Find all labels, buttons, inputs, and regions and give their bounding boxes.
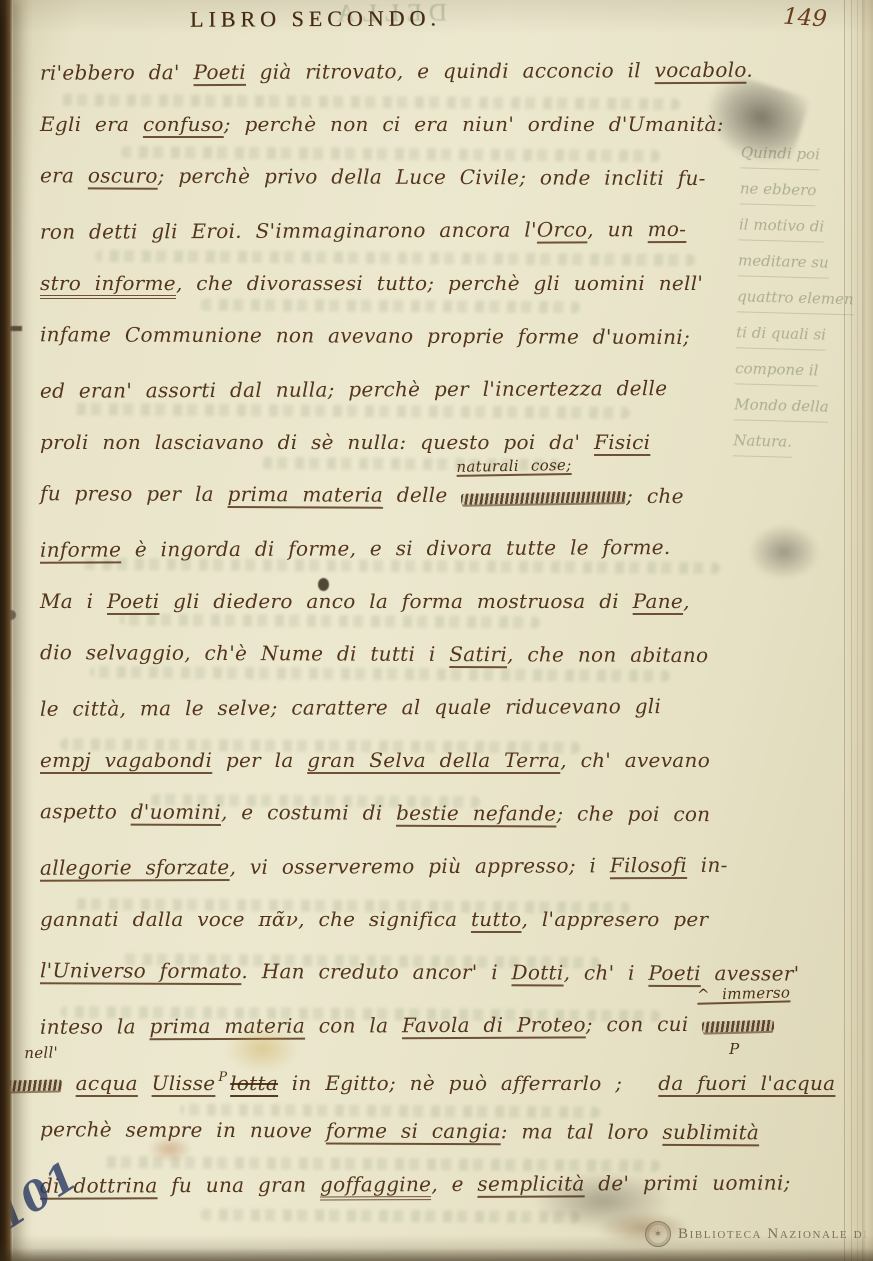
manuscript-text: è ingorda di forme, e si divora tutte le…	[121, 535, 670, 561]
manuscript-text: gannati dalla voce πᾶν, che significa	[40, 907, 471, 931]
manuscript-line: le città, ma le selve; carattere al qual…	[40, 682, 857, 739]
manuscript-line: gannati dalla voce πᾶν, che significa tu…	[40, 896, 857, 949]
manuscript-text: Pane	[633, 589, 683, 613]
manuscript-text: in Egitto; nè può afferrarlo ;	[278, 1071, 622, 1095]
manuscript-text: gli diedero anco la forma mostruosa di	[159, 589, 632, 613]
manuscript-line: ^ nell' acqua UlissePlotta in Egitto; nè…	[4, 1055, 857, 1108]
manuscript-text: dio selvaggio, ch'è Nume di tutti i	[40, 640, 449, 666]
page-title: LIBRO SECONDO.	[190, 5, 441, 32]
manuscript-text: ; con cui	[586, 1012, 703, 1037]
manuscript-text: : ma tal loro	[501, 1119, 663, 1144]
manuscript-text: , ch' i	[564, 961, 649, 985]
manuscript-line: allegorie sforzate, vi osserveremo più a…	[40, 841, 857, 898]
manuscript-text: allegorie sforzate	[40, 855, 230, 880]
manuscript-text: Fisici	[594, 430, 650, 454]
manuscript-text: Egli era	[40, 112, 143, 136]
manuscript-text: fu una gran	[157, 1173, 320, 1198]
manuscript-text: avesser'	[701, 961, 800, 985]
manuscript-text: le città, ma le selve; carattere al qual…	[40, 694, 661, 721]
library-stamp: ✶ Biblioteca Nazionale di Napoli	[645, 1221, 873, 1247]
manuscript-text: era	[40, 163, 88, 187]
manuscript-text: proli non lasciavano di sè nulla: questo…	[40, 430, 594, 454]
cancelled-word-scribble: ^ immerso	[702, 1020, 774, 1033]
manuscript-text: ed eran' assorti dal nulla; perchè per l…	[40, 376, 667, 403]
insertion-mark: P	[218, 1070, 227, 1085]
manuscript-text: da fuori l'acquaP	[658, 1071, 835, 1095]
page-edge-line	[844, 0, 846, 1261]
manuscript-text: , l'appresero per	[522, 907, 709, 931]
manuscript-text: ; che	[626, 484, 684, 508]
manuscript-text: l'Universo formato	[40, 958, 242, 983]
manuscript-text: in-	[687, 853, 728, 877]
manuscript-line: ri'ebbero da' Poeti già ritrovato, e qui…	[40, 46, 857, 103]
margin-note-line: quattro elemen	[737, 282, 854, 315]
manuscript-text: sublimità	[662, 1120, 759, 1144]
manuscript-text: ; perchè non ci era niun' ordine d'Umani…	[224, 112, 724, 136]
manuscript-text: già ritrovato, e quindi acconcio il	[246, 58, 655, 84]
cancelled-word-scribble: naturali cose;	[461, 491, 626, 505]
manuscript-text: ; che poi con	[556, 801, 710, 826]
manuscript-text: prima materia	[149, 1014, 305, 1039]
manuscript-text: Filosofi	[610, 853, 687, 877]
manuscript-line: empj vagabondi per la gran Selva della T…	[40, 737, 857, 790]
manuscript-text: informe	[40, 537, 121, 561]
page-edge-line	[857, 0, 859, 1261]
manuscript-text: Poeti	[107, 589, 159, 613]
manuscript-line: stro informe, che divorassesi tutto; per…	[40, 260, 857, 313]
manuscript-text: per la	[212, 748, 307, 772]
manuscript-line: era oscuro; perchè privo della Luce Civi…	[40, 152, 857, 209]
bottom-edge-shadow	[0, 1248, 873, 1261]
margin-note-line: Quindi poi	[740, 138, 820, 170]
manuscript-text: ri'ebbero da'	[40, 60, 194, 85]
manuscript-text: gran Selva della Terra	[307, 748, 560, 772]
binding-gutter-shadow	[0, 0, 13, 1261]
manuscript-text: oscuro	[88, 163, 158, 187]
manuscript-text: empj vagabondi	[40, 748, 212, 772]
manuscript-page-photo: DELLA LIBRO SECONDO. 149 ri'ebbero da' P…	[0, 0, 873, 1261]
page-edge-strip	[862, 0, 873, 1261]
interlinear-insertion: naturali cose;	[457, 457, 572, 475]
manuscript-text: Poeti	[648, 961, 701, 985]
manuscript-text	[138, 1071, 152, 1095]
manuscript-text: vocabolo	[655, 58, 747, 82]
margin-note-line: meditare su	[738, 246, 829, 278]
manuscript-text: aspetto	[40, 799, 131, 823]
manuscript-text: Orco	[537, 217, 588, 241]
manuscript-text: stro informe	[40, 271, 176, 299]
manuscript-text: , e costumi di	[221, 800, 396, 825]
margin-note-line: ti di quali si	[736, 318, 827, 350]
manuscript-text: , e	[431, 1172, 477, 1196]
margin-note-line: compone il	[735, 354, 819, 386]
manuscript-text: de' primi uomini;	[585, 1171, 791, 1196]
margin-note-line: Natura.	[733, 426, 792, 458]
manuscript-text: Satiri	[449, 642, 507, 666]
manuscript-text: fu preso per la	[40, 481, 228, 506]
margin-note: Quindi poine ebberoil motivo dimeditare …	[733, 138, 869, 465]
margin-note-line: Mondo della	[734, 390, 829, 422]
manuscript-lines: ri'ebbero da' Poeti già ritrovato, e qui…	[40, 48, 857, 1214]
manuscript-line: aspetto d'uomini, e costumi di bestie ne…	[40, 788, 857, 845]
manuscript-text: inteso la	[40, 1014, 150, 1038]
library-seal-icon: ✶	[645, 1221, 671, 1247]
manuscript-line: Egli era confuso; perchè non ci era niun…	[40, 101, 857, 154]
manuscript-text: prima materia	[228, 482, 384, 507]
interlinear-insertion: ^ immerso	[697, 984, 790, 1002]
manuscript-text: , che divorassesi tutto; perchè gli uomi…	[176, 271, 703, 295]
manuscript-text: con la	[305, 1013, 402, 1037]
manuscript-text: Favola di Proteo	[402, 1012, 586, 1037]
manuscript-line: dio selvaggio, ch'è Nume di tutti i Sati…	[40, 629, 857, 686]
manuscript-text: lotta	[230, 1071, 278, 1095]
manuscript-line: perchè sempre in nuove forme si cangia: …	[40, 1106, 857, 1163]
folio-number: 149	[782, 4, 828, 33]
margin-note-line: il motivo di	[739, 210, 825, 242]
manuscript-text: Dotti	[512, 960, 564, 984]
manuscript-text: Ma i	[40, 589, 107, 613]
manuscript-text: , che non abitano	[507, 642, 708, 667]
manuscript-text: acqua	[76, 1071, 138, 1095]
manuscript-text: semplicità	[477, 1171, 584, 1195]
manuscript-text: . Han creduto ancor' i	[241, 959, 511, 984]
manuscript-line: informe è ingorda di forme, e si divora …	[40, 523, 857, 580]
manuscript-text	[62, 1071, 76, 1095]
manuscript-text: mo-	[648, 217, 687, 241]
manuscript-text: goffaggine	[320, 1172, 431, 1200]
manuscript-text: infame Communione non avevano proprie fo…	[40, 322, 690, 349]
manuscript-text: ; perchè privo della Luce Civile; onde i…	[158, 164, 706, 190]
manuscript-line: Ma i Poeti gli diedero anco la forma mos…	[40, 578, 857, 631]
manuscript-text: , vi osserveremo più appresso; i	[229, 853, 609, 879]
manuscript-text: Ulisse	[152, 1071, 216, 1095]
manuscript-text: d'uomini	[131, 800, 221, 824]
manuscript-line: ron detti gli Eroi. S'immaginarono ancor…	[40, 205, 857, 262]
manuscript-text: tutto	[471, 907, 522, 931]
interlinear-insertion: P	[729, 1041, 739, 1057]
manuscript-line: di dottrina fu una gran goffaggine, e se…	[40, 1159, 857, 1216]
manuscript-text: ron detti gli Eroi. S'immaginarono ancor…	[40, 218, 537, 244]
manuscript-text: ,	[683, 589, 690, 613]
manuscript-text: confuso	[143, 112, 224, 136]
manuscript-text: perchè sempre in nuove	[40, 1117, 326, 1142]
margin-note-line: ne ebbero	[740, 174, 817, 206]
page-edge-line	[851, 0, 853, 1261]
manuscript-text: , un	[587, 217, 647, 241]
manuscript-text: , ch' avevano	[560, 748, 710, 772]
manuscript-text: bestie nefande	[396, 801, 556, 826]
manuscript-text: delle	[383, 483, 461, 507]
manuscript-line: fu preso per la prima materia delle natu…	[40, 470, 857, 527]
manuscript-text: Poeti	[193, 60, 246, 84]
manuscript-text: .	[746, 58, 753, 82]
manuscript-text: forme si cangia	[326, 1118, 501, 1143]
